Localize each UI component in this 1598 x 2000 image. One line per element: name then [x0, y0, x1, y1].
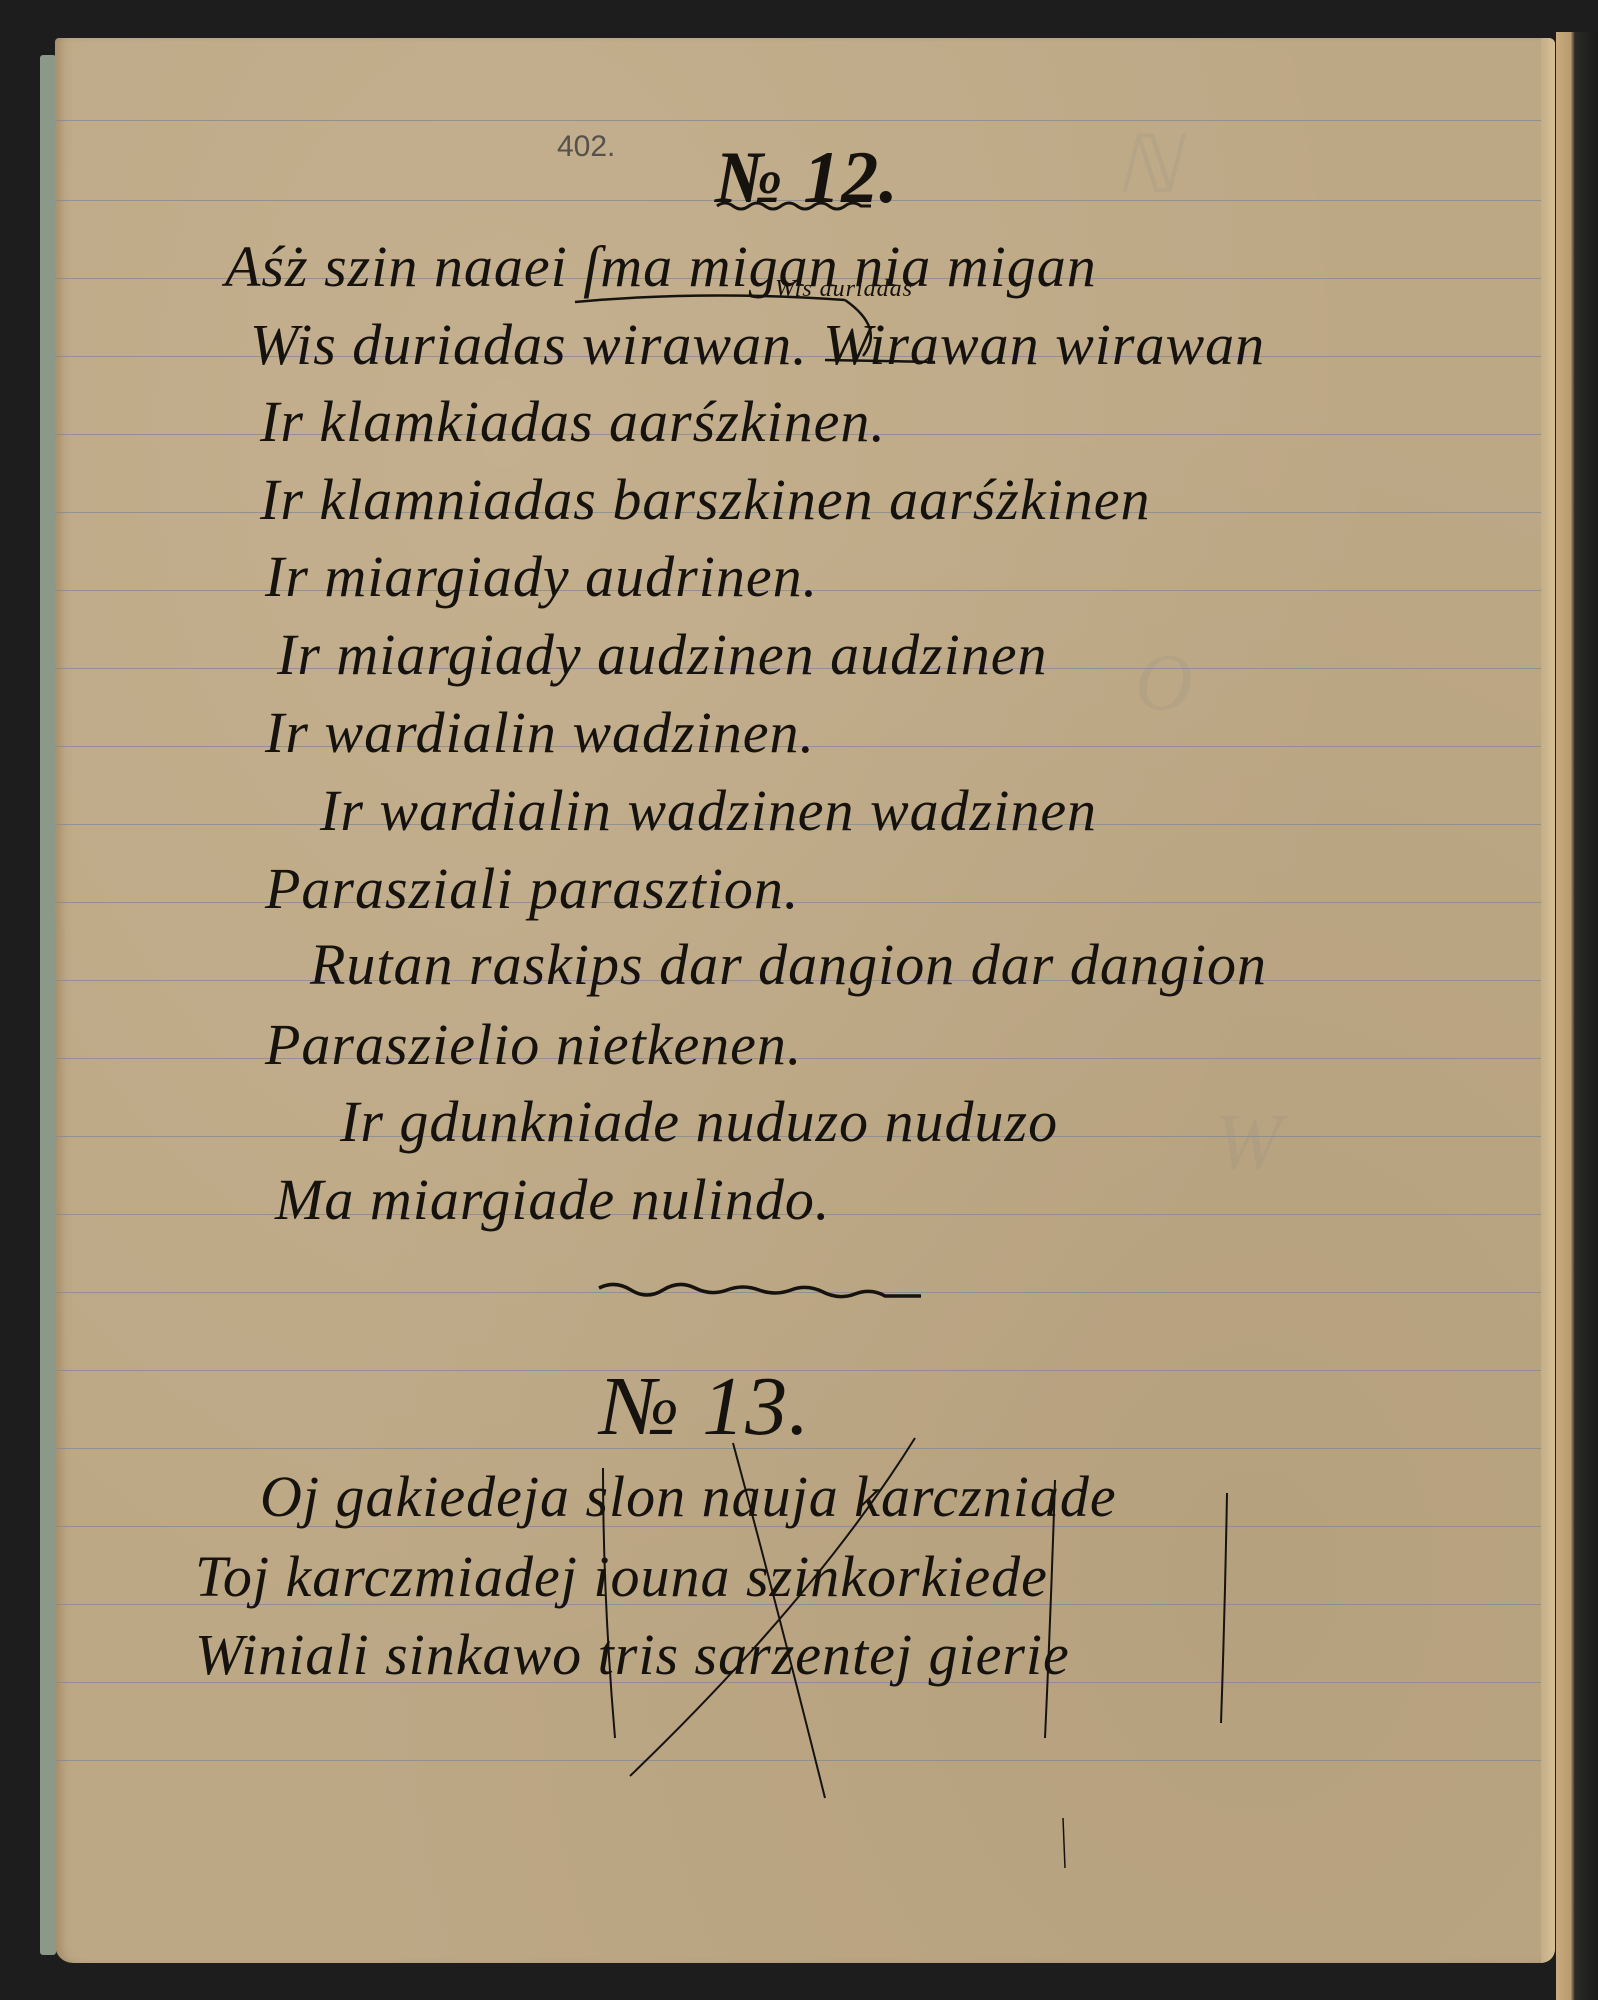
bleed-through-text: O [1135, 638, 1193, 729]
numero-sign: № [600, 1360, 680, 1453]
verse-line: Rutan raskips dar dangion dar dangion [310, 936, 1267, 994]
bleed-through-text: ℕ [1115, 118, 1179, 212]
verse-line: Winiali sinkawo tris sarzentej gierie [195, 1626, 1070, 1684]
verse-line: Ir gdunkniade nuduzo nuduzo [340, 1093, 1058, 1151]
song-number-heading: № 13. [600, 1358, 810, 1455]
page-number: 402. [557, 130, 615, 164]
verse-line: Ir klamniadas barszkinen aarśżkinen [260, 471, 1150, 529]
binding-strip [40, 55, 56, 1955]
song-number-value: 13. [702, 1360, 810, 1453]
verse-line: Aśż szin naaei ſma migan nia migan [225, 238, 1097, 296]
heading-underline-squiggle [715, 198, 875, 214]
verse-line: Ir miargiady audrinen. [265, 548, 818, 606]
verse-line: Ir wardialin wadzinen wadzinen [320, 782, 1097, 840]
verse-line: Paraszielio nietkenen. [265, 1016, 802, 1074]
verse-line: Ir klamkiadas aarśzkinen. [260, 393, 886, 451]
verse-line: Parasziali parasztion. [265, 860, 799, 918]
section-divider-squiggle [595, 1278, 925, 1304]
scanned-page: ℕ O W 402. № 12. [0, 0, 1598, 2000]
verse-line: Ma miargiade nulindo. [275, 1171, 830, 1229]
page-fold [1541, 38, 1555, 1963]
verse-line: Oj gakiedeja slon nauja karczniade [260, 1468, 1117, 1526]
verse-line: Wis duriadas wirawan. Wirawan wirawan [250, 316, 1265, 374]
ruled-line [55, 1760, 1541, 1761]
verse-line: Toj karczmiadej iouna szinkorkiede [195, 1548, 1048, 1606]
notebook-page: ℕ O W 402. № 12. [55, 38, 1555, 1963]
book-edge [1556, 32, 1598, 2000]
bleed-through-text: W [1215, 1098, 1282, 1189]
ruled-line [55, 120, 1541, 121]
verse-line: Ir miargiady audzinen audzinen [277, 626, 1048, 684]
verse-line: Ir wardialin wadzinen. [265, 704, 815, 762]
